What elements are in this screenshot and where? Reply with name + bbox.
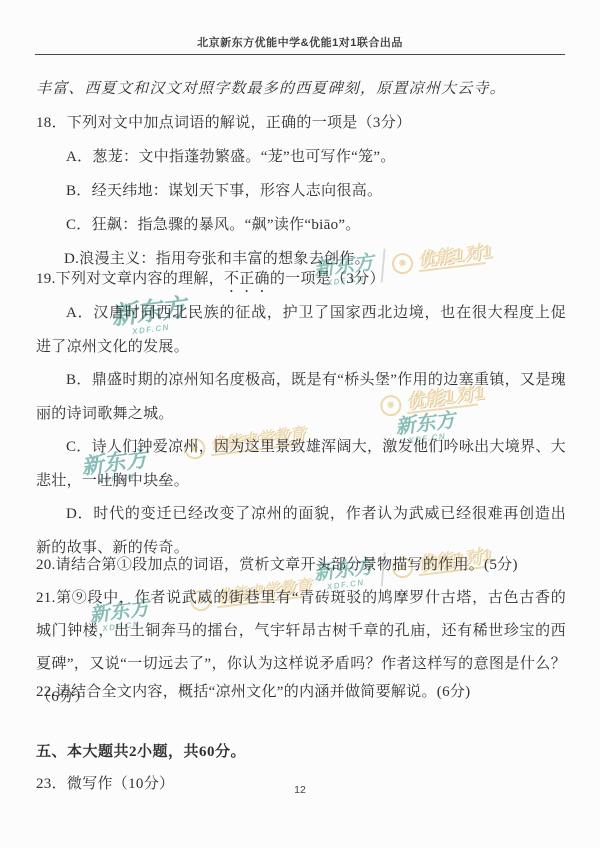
q18-option-a: A．葱茏：文中指蓬勃繁盛。“茏”也可写作“笼”。 — [36, 141, 566, 174]
q18-option-b: B．经天纬地：谋划天下事，形容人志向很高。 — [36, 175, 566, 208]
question-22-stem: 22.请结合全文内容，概括“凉州文化”的内涵并做简要解说。(6分) — [36, 676, 566, 709]
question-19-stem: 19.下列对文章内容的理解，不正确的一项是（3分） — [36, 263, 566, 296]
exam-page: 新东方 XDF.CN ❋ 优能1对1 新东方 XDF.CN ❋ 优能1对1 新东… — [0, 0, 600, 848]
q19-option-c: C．诗人们钟爱凉州，因为这里景致雄浑阔大，激发他们吟咏出大境界、大悲壮，一吐胸中… — [36, 431, 566, 498]
question-20-stem: 20.请结合第①段加点的词语，赏析文章开头部分景物描写的作用。(5分) — [36, 549, 566, 582]
page-header: 北京新东方优能中学&优能1对1联合出品 — [0, 34, 600, 50]
q19-option-b: B．鼎盛时期的凉州知名度极高，既是有“桥头堡”作用的边塞重镇，又是瑰丽的诗词歌舞… — [36, 364, 566, 431]
section-5-heading: 五、本大题共2小题，共60分。 — [36, 736, 566, 769]
question-18-stem: 18．下列对文中加点词语的解说，正确的一项是（3分） — [36, 107, 566, 140]
q19-stem-emphasized: 不正确 — [224, 271, 270, 287]
passage-tail-line: 丰富、西夏文和汉文对照字数最多的西夏碑刻，原置凉州大云寺。 — [36, 73, 566, 106]
header-rule — [35, 54, 565, 55]
q19-stem-prefix: 19.下列对文章内容的理解， — [36, 271, 224, 287]
q19-option-a: A．汉唐时同西北民族的征战，护卫了国家西北边境，也在很大程度上促进了凉州文化的发… — [36, 297, 566, 364]
page-number: 12 — [0, 784, 600, 796]
q19-stem-suffix: 的一项是（3分） — [270, 271, 385, 287]
q18-option-c: C．狂飙：指急骤的暴风。“飙”读作“biāo”。 — [36, 209, 566, 242]
